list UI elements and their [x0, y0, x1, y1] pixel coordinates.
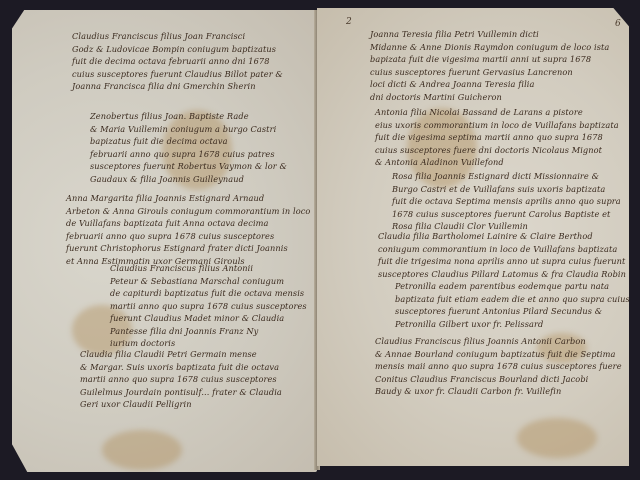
entry-line: Pantesse filia dni Joannis Franz Ny	[110, 325, 307, 338]
entry-line: Antonia filia Nicolai Bassand de Larans …	[375, 106, 619, 119]
entry-line: Zenobertus filius Joan. Baptiste Rade	[90, 110, 287, 123]
entry-line: susceptores Claudius Pillard Latomus & f…	[378, 268, 626, 281]
entry-line: februarii anno quo supra 1678 cuius susc…	[66, 230, 310, 243]
entry-line: Burgo Castri et de Vuillafans suis uxori…	[392, 183, 621, 196]
entry-line: cuius susceptores fuere dni doctoris Nic…	[375, 144, 619, 157]
register-entry: Claudius Franciscus filius Joannis Anton…	[375, 335, 622, 398]
entry-line: Claudia filia Bartholomei Lainire & Clai…	[378, 230, 626, 243]
entry-line: fuit die decima octava februarii anno dn…	[72, 55, 283, 68]
register-entry: Claudia filia Bartholomei Lainire & Clai…	[378, 230, 626, 280]
register-entry: Claudia filia Claudii Petri Germain mens…	[80, 348, 282, 411]
entry-line: Gaudaux & filia Joannis Guilleynaud	[90, 173, 287, 186]
entry-line: Peteur & Sebastiana Marschal coniugum	[110, 275, 307, 288]
entry-line: mensis maii anno quo supra 1678 cuius su…	[375, 360, 622, 373]
entry-line: Claudia filia Claudii Petri Germain mens…	[80, 348, 282, 361]
entry-line: de capiturdi baptizatus fuit die octava …	[110, 287, 307, 300]
register-entry: Rosa filia Joannis Estignard dicti Missi…	[392, 170, 621, 233]
entry-line: Arbeton & Anna Girouls coniugum commoran…	[66, 205, 310, 218]
entry-line: martii anno quo supra 1678 cuius suscept…	[80, 373, 282, 386]
folio-mark: 2	[346, 17, 352, 27]
entry-line: coniugum commorantium in loco de Vuillaf…	[378, 243, 626, 256]
entry-line: Claudius Franciscus filius Joan Francisc…	[72, 30, 283, 43]
entry-line: cuius susceptores fuerunt Gervasius Lanc…	[370, 66, 609, 79]
entry-line: Petronilla eadem parentibus eodemque par…	[395, 280, 630, 293]
entry-line: martii anno quo supra 1678 cuius suscept…	[110, 300, 307, 313]
entry-line: loci dicti & Andrea Joanna Teresia filia	[370, 78, 609, 91]
entry-line: susceptores fuerunt Antonius Pilard Secu…	[395, 305, 630, 318]
entry-line: baptizata fuit etiam eadem die et anno q…	[395, 293, 630, 306]
water-stain	[102, 430, 182, 470]
entry-line: cuius susceptores fuerunt Claudius Billo…	[72, 68, 283, 81]
entry-line: februarii anno quo supra 1678 cuius patr…	[90, 148, 287, 161]
entry-line: & Margar. Suis uxoris baptizata fuit die…	[80, 361, 282, 374]
entry-line: Claudius Franciscus filius Joannis Anton…	[375, 335, 622, 348]
entry-line: Geri uxor Claudii Pelligrin	[80, 398, 282, 411]
register-entry: Antonia filia Nicolai Bassand de Larans …	[375, 106, 619, 169]
entry-line: & Annae Bourland coniugum baptizatus fui…	[375, 348, 622, 361]
entry-line: susceptores fuerunt Robertus Vaymon & lo…	[90, 160, 287, 173]
entry-line: Conitus Claudius Franciscus Bourland dic…	[375, 373, 622, 386]
entry-line: Anna Margarita filia Joannis Estignard A…	[66, 192, 310, 205]
entry-line: 1678 cuius susceptores fuerunt Carolus B…	[392, 208, 621, 221]
entry-line: Midanne & Anne Dionis Raymdon coniugum d…	[370, 41, 609, 54]
entry-line: Godz & Ludovicae Bompin coniugum baptiza…	[72, 43, 283, 56]
entry-line: Petronilla Gilbert uxor fr. Pelissard	[395, 318, 630, 331]
register-entry: Anna Margarita filia Joannis Estignard A…	[66, 192, 310, 267]
entry-line: Claudius Franciscus filius Antonii	[110, 262, 307, 275]
entry-line: & Maria Vuillemin coniugum a burgo Castr…	[90, 123, 287, 136]
register-entry: Zenobertus filius Joan. Baptiste Rade & …	[90, 110, 287, 185]
entry-line: & Antonia Aladinon Vuillefond	[375, 156, 619, 169]
register-entry: Claudius Franciscus filius Joan Francisc…	[72, 30, 283, 93]
entry-line: fuit die trigesima nona aprilis anno ut …	[378, 255, 626, 268]
entry-line: bapizatus fuit die decima octava	[90, 135, 287, 148]
entry-line: fuit die octava Septima mensis aprilis a…	[392, 195, 621, 208]
water-stain	[517, 418, 597, 458]
entry-line: fuerunt Claudius Madet minor & Claudia	[110, 312, 307, 325]
entry-line: eius uxoris commorantium in loco de Vuil…	[375, 119, 619, 132]
entry-line: Joanna Francisca filia dni Gmerchin Sher…	[72, 80, 283, 93]
entry-line: Rosa filia Joannis Estignard dicti Missi…	[392, 170, 621, 183]
entry-line: Guilelmus Jourdain pontisulf... frater &…	[80, 386, 282, 399]
entry-line: bapizata fuit die vigesima martii anni u…	[370, 53, 609, 66]
register-entry: Petronilla eadem parentibus eodemque par…	[395, 280, 630, 330]
register-entry: Claudius Franciscus filius Antonii Peteu…	[110, 262, 307, 350]
entry-line: dni doctoris Martini Guicheron	[370, 91, 609, 104]
entry-line: Joanna Teresia filia Petri Vuillemin dic…	[370, 28, 609, 41]
entry-line: de Vuillafans baptizata fuit Anna octava…	[66, 217, 310, 230]
register-entry: Joanna Teresia filia Petri Vuillemin dic…	[370, 28, 609, 103]
entry-line: fuit die vigesima septima martii anno qu…	[375, 131, 619, 144]
entry-line: fuerunt Christophorus Estignard frater d…	[66, 242, 310, 255]
folio-number: 6	[615, 19, 621, 29]
entry-line: Baudy & uxor fr. Claudii Carbon fr. Vuil…	[375, 385, 622, 398]
